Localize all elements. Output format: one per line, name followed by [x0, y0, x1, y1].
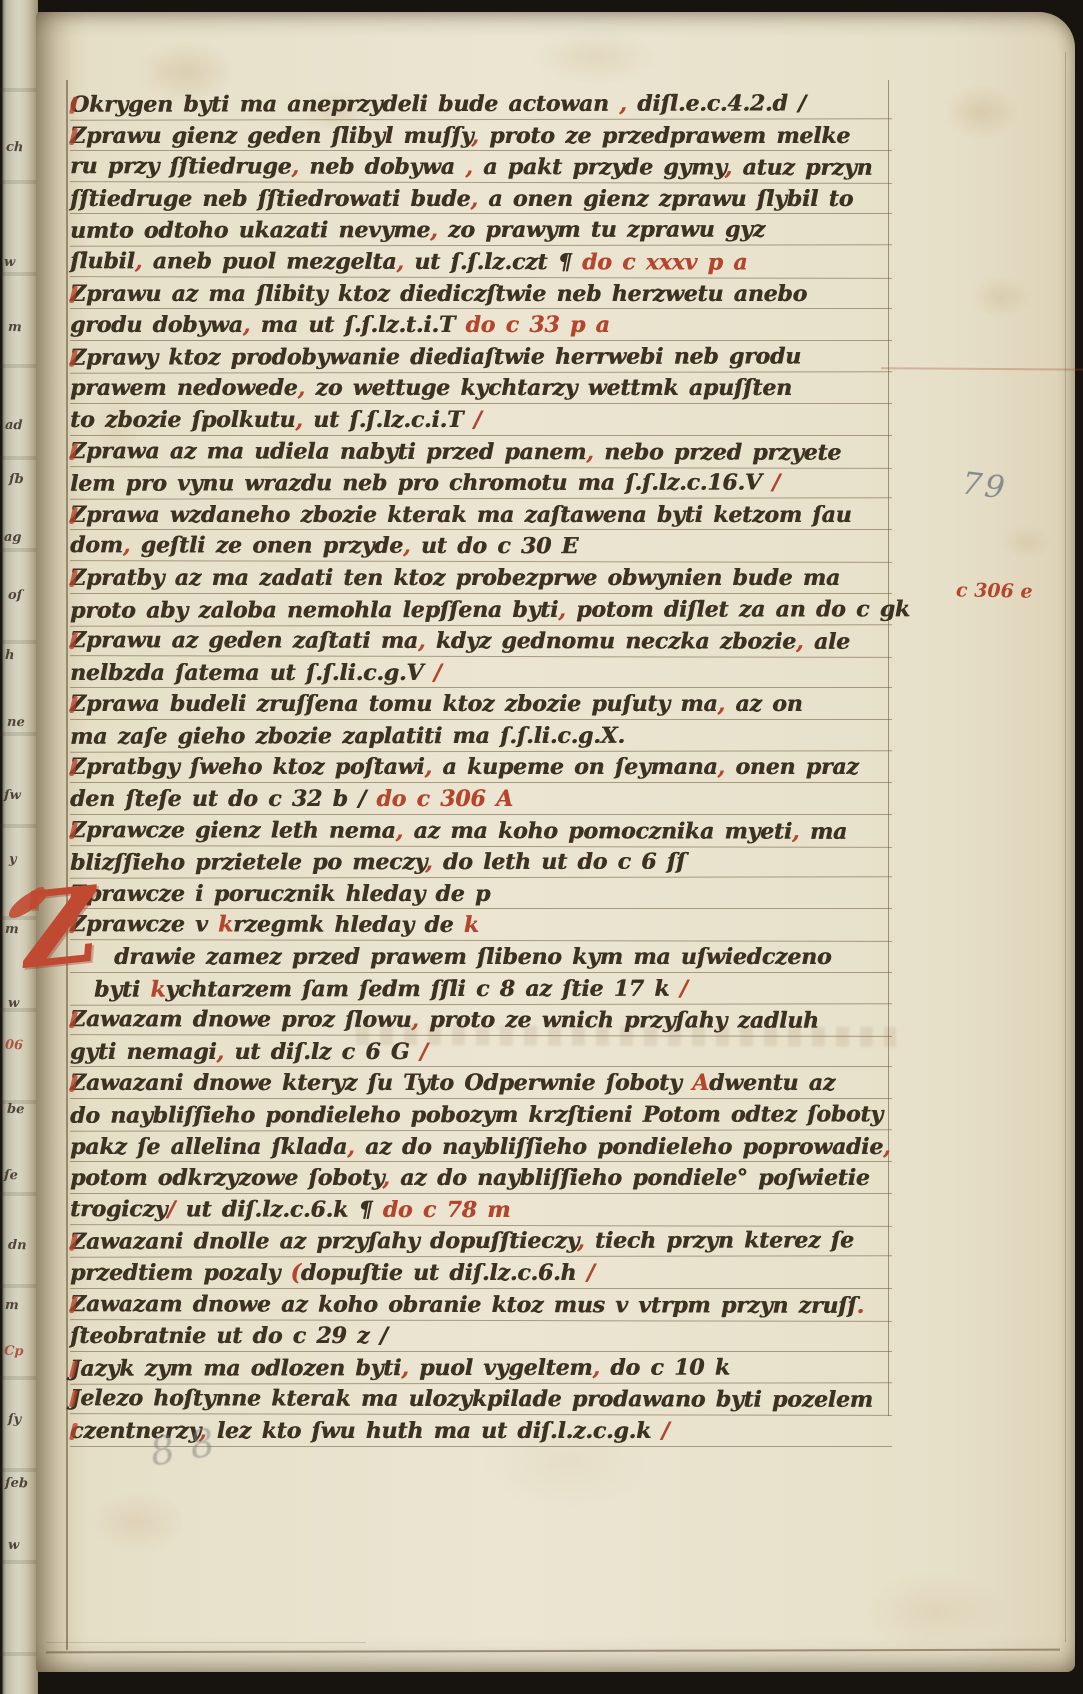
ink-text: zo wettuge kychtarzy wettmk apuſſten — [305, 375, 792, 401]
ink-text: trogiczy — [70, 1196, 167, 1222]
ink-text: Zprawy ktoz prodobywanie diediaſtwie her… — [70, 343, 801, 370]
rubric-text: / — [420, 1039, 428, 1065]
manuscript-line: Jazyk zym ma odlozen byti, puol vygeltem… — [70, 1351, 892, 1384]
manuscript-line: Zprawa wzdaneho zbozie kterak ma zaſtawe… — [70, 499, 892, 531]
ink-text: ma — [799, 818, 847, 844]
ink-text: ut do c 30 E — [410, 533, 578, 559]
ink-text: onen praz — [725, 754, 859, 780]
ink-text: dwentu az — [709, 1070, 835, 1096]
book-gutter-edge: chwmadſbagoſhneſwymw06beſednmCpſyſebw — [0, 0, 38, 1694]
manuscript-line: Okrygen byti ma aneprzydeli bude actowan… — [70, 87, 892, 120]
ink-text: tiech przyn kterez ſe — [584, 1228, 853, 1254]
ink-text: Zawazani dnowe kteryz ſu Tyto Odperwnie … — [70, 1070, 692, 1096]
ink-text: az on — [725, 691, 803, 717]
rubric-text: , — [411, 1007, 419, 1033]
manuscript-line: drawie zamez przed prawem ſlibeno kym ma… — [70, 941, 892, 973]
ink-text: ut diſ.lz.c.6.k ¶ — [175, 1196, 383, 1222]
manuscript-line: Zprawu az geden zaſtati ma, kdyz gednomu… — [70, 624, 892, 657]
ink-text: lem pro vynu wrazdu neb pro chromotu ma … — [70, 470, 772, 497]
ink-text: ſteobratnie ut do c 29 z / — [70, 1323, 388, 1349]
ink-text: Zawazam dnowe proz ſlowu — [70, 1006, 411, 1033]
ink-text: proto aby zaloba nemohla lepſſena byti — [70, 596, 558, 623]
ink-text: ut ſ.ſ.lz.c.i.T — [303, 407, 474, 433]
rubric-text: , — [382, 1165, 389, 1191]
leaf-edge-fragment: 06 — [5, 1038, 24, 1054]
ink-text: proto ze przedprawem melke — [479, 123, 850, 149]
ink-text: pakz ſe allelina ſklada — [70, 1134, 347, 1160]
leaf-edge-fragment: ſw — [4, 788, 21, 804]
leaf-edge-fragment: y — [9, 852, 17, 867]
rubric-text: , — [558, 596, 566, 622]
ink-text: Zprawu az geden zaſtati ma — [70, 627, 418, 654]
manuscript-line: byti kychtarzem ſam ſedm ſſli c 8 az ſti… — [70, 972, 892, 1005]
rubric-text: / — [167, 1196, 175, 1222]
leaf-edge-fragment: w — [8, 996, 20, 1011]
ink-text: Zawazani dnolle az przyſahy dopuſſtieczy — [70, 1228, 577, 1255]
rubric-text: , — [401, 1355, 409, 1381]
leaf-edge-fragment: m — [5, 1298, 19, 1313]
leaf-edge-fragment: ag — [4, 530, 22, 546]
rubric-text: , — [465, 154, 473, 180]
ink-text: ale — [803, 629, 850, 655]
manuscript-line: potom odkrzyzowe ſoboty, az do naybliſſi… — [70, 1162, 892, 1194]
leaf-edge-fragment: m — [5, 922, 19, 937]
rubric-text: , — [470, 186, 477, 212]
ink-text: Zpratby az ma zadati ten ktoz probezprwe… — [70, 565, 840, 591]
ink-text: lez kto ſwu huth ma ut diſ.l.z.c.g.k — [206, 1418, 661, 1444]
ink-text: ma zaſe gieho zbozie zaplatiti ma ſ.ſ.li… — [70, 723, 625, 750]
ink-text: Zpratbgy ſweho ktoz poſtawi — [70, 754, 424, 780]
manuscript-line: ſſtiedruge neb ſſtiedrowati bude, a onen… — [70, 183, 892, 215]
manuscript-line: Zprawcze gienz leth nema, az ma koho pom… — [70, 814, 892, 847]
text-block: Okrygen byti ma aneprzydeli bude actowan… — [70, 88, 892, 1447]
ink-text: geſtli ze onen przyde — [130, 533, 403, 560]
ink-text: ſlubil — [70, 248, 135, 274]
ink-text: Jelezo hoſtynne kterak ma ulozykpilade p… — [70, 1385, 873, 1413]
ink-text: Okrygen byti ma aneprzydeli bude actowan — [70, 91, 609, 118]
ink-text: ma ut ſ.ſ.lz.t.i.T — [250, 312, 465, 338]
rubric-text: , — [725, 155, 733, 181]
ink-text: drawie zamez przed prawem ſlibeno kym ma… — [114, 944, 831, 970]
ruling-line-bottom-faint — [46, 1642, 366, 1643]
ink-text: potom diſlet za an do c gk — [566, 596, 910, 623]
ink-text: blizſſieho przietele po meczy — [70, 849, 425, 876]
ink-text: zo prawym tu zprawu gyz — [437, 217, 764, 244]
manuscript-line: ru przy ſſtiedruge, neb dobywa , a pakt … — [70, 150, 892, 183]
ink-text: przedtiem pozaly — [70, 1260, 291, 1286]
ink-text: dopuſtie ut diſ.lz.c.6.h — [301, 1260, 587, 1286]
ink-text: diſl.e.c.4.2.d / — [637, 90, 806, 116]
rubric-text: , — [717, 754, 724, 780]
ink-text: atuz przyn — [732, 155, 872, 181]
manuscript-page: Okrygen byti ma aneprzydeli bude actowan… — [36, 12, 1075, 1672]
rubric-text: , — [396, 249, 404, 275]
manuscript-line: umto odtoho ukazati nevyme, zo prawym tu… — [70, 214, 892, 247]
ink-text: az do naybliſſieho pondieleho poprowadie — [355, 1134, 883, 1160]
manuscript-line: Zprawcze v krzegmk hleday de k — [70, 909, 892, 942]
leaf-edge-fragment: ſb — [9, 472, 24, 488]
rubric-text: , — [216, 1039, 223, 1065]
ink-text: nelbzda ſatema ut ſ.ſ.li.c.g.V — [70, 660, 434, 686]
manuscript-line: Zpratby az ma zadati ten ktoz probezprwe… — [70, 562, 892, 594]
leaf-edge-fragment: w — [4, 255, 16, 270]
ink-text: Zprawa budeli zruſſena tomu ktoz zbozie … — [70, 691, 717, 717]
rubric-text: do c 33 p a — [465, 312, 609, 338]
ink-text: Zprawa wzdaneho zbozie kterak ma zaſtawe… — [70, 502, 851, 528]
rubric-text: , — [291, 154, 299, 180]
leaf-edge-fragment: dn — [8, 1238, 27, 1254]
ink-text: Zprawcze gienz leth nema — [70, 817, 396, 844]
rubric-text: , — [396, 817, 404, 843]
manuscript-line: Zprawu gienz geden ſlibyl muſſy, proto z… — [70, 120, 892, 152]
ink-text: Zprawu az ma ſlibity ktoz diediczſtwie n… — [70, 281, 807, 307]
rubric-text: / — [772, 470, 780, 496]
ink-text: ru przy ſſtiedruge — [70, 153, 291, 179]
rubric-text: / — [680, 975, 688, 1001]
ink-text: Jazyk zym ma odlozen byti — [70, 1355, 401, 1382]
ink-text: kdyz gednomu neczka zbozie — [425, 628, 796, 655]
manuscript-line: Zprawa az ma udiela nabyti przed panem, … — [70, 435, 892, 468]
ink-text: dom — [70, 532, 123, 558]
ink-text: potom odkrzyzowe ſoboty — [70, 1165, 382, 1191]
manuscript-line: Zpratbgy ſweho ktoz poſtawi, a kupeme on… — [70, 751, 892, 783]
leaf-edge-fragment: w — [8, 1538, 20, 1553]
leaf-edge-fragment: ch — [6, 140, 24, 156]
rubric-text: , — [609, 91, 637, 117]
manuscript-line: Zprawa budeli zruſſena tomu ktoz zbozie … — [70, 688, 892, 720]
manuscript-photo: chwmadſbagoſhneſwymw06beſednmCpſyſebw Ok… — [0, 0, 1083, 1694]
rubric-text: k — [150, 976, 165, 1002]
manuscript-line: blizſſieho przietele po meczy, do leth u… — [70, 846, 892, 879]
ink-text: Zprawa az ma udiela nabyti przed panem — [70, 438, 586, 465]
rubric-text: / — [662, 1418, 670, 1444]
ink-text: to zbozie ſpolkutu — [70, 407, 295, 433]
ink-text: ut ſ.ſ.lz.czt ¶ — [404, 249, 582, 275]
ink-text: proto ze wnich przyſahy zadluh — [419, 1007, 819, 1034]
red-ink-scratch — [881, 367, 1083, 371]
rubric-text: k — [464, 912, 479, 938]
rubric-text: / — [434, 660, 442, 686]
leaf-edge-fragment: h — [5, 648, 15, 663]
manuscript-line: ma zaſe gieho zbozie zaplatiti ma ſ.ſ.li… — [70, 719, 892, 752]
ink-text: puol vygeltem — [409, 1355, 593, 1381]
leaf-edge-fragment: ne — [7, 715, 25, 731]
rubric-text: , — [347, 1134, 354, 1160]
leaf-edge-fragment: m — [8, 320, 22, 335]
ink-text: a onen gienz zprawu ſlybil to — [478, 186, 853, 212]
leaf-edge-fragment: Cp — [4, 1344, 24, 1360]
ink-text: ſſtiedruge neb ſſtiedrowati bude — [70, 186, 470, 212]
ink-text: do c 10 k — [600, 1354, 730, 1380]
rubric-text: do c 306 A — [376, 786, 512, 812]
rubric-text: , — [295, 407, 302, 433]
manuscript-line: Zprawcze i porucznik hleday de p — [70, 878, 892, 910]
manuscript-line: Zawazam dnowe az koho obranie ktoz mus v… — [70, 1288, 892, 1321]
manuscript-line: przedtiem pozaly (dopuſtie ut diſ.lz.c.6… — [70, 1257, 892, 1289]
ink-text: ychtarzem ſam ſedm ſſli c 8 az ſtie 17 k — [165, 975, 679, 1002]
ink-text: den ſteſe ut do c 32 b / — [70, 786, 376, 812]
ink-text: do naybliſſieho pondieleho pobozym krzſt… — [70, 1101, 883, 1128]
manuscript-line: Zprawu az ma ſlibity ktoz diediczſtwie n… — [70, 278, 892, 310]
ink-text: a pakt przyde gymy — [473, 154, 725, 181]
ink-text: gyti nemagi — [70, 1039, 216, 1065]
ink-text: nebo przed przyete — [594, 439, 842, 466]
margin-note: c 306 e — [956, 579, 1033, 602]
manuscript-line: Zawazani dnowe kteryz ſu Tyto Odperwnie … — [70, 1067, 892, 1099]
manuscript-line: Zawazam dnowe proz ſlowu, proto ze wnich… — [70, 1003, 892, 1036]
manuscript-line: to zbozie ſpolkutu, ut ſ.ſ.lz.c.i.T / — [70, 404, 892, 436]
ink-text: az do naybliſſieho pondiele° poſwietie — [390, 1165, 870, 1191]
rubric-text: , — [471, 123, 478, 149]
ink-text: prawem nedowede — [70, 375, 297, 401]
rubric-text: , — [592, 1355, 600, 1381]
rubric-text: , — [883, 1134, 890, 1160]
manuscript-line: pakz ſe allelina ſklada, az do naybliſſi… — [70, 1131, 892, 1163]
rubric-text: k — [218, 912, 233, 938]
ink-text: a kupeme on ſeymana — [432, 754, 717, 780]
manuscript-line: dom, geſtli ze onen przyde, ut do c 30 E — [70, 529, 892, 562]
ink-text: umto odtoho ukazati nevyme — [70, 217, 430, 244]
leaf-edge-fragment: ſeb — [5, 1476, 28, 1492]
rubric-text: ( — [291, 1260, 301, 1286]
manuscript-line: Zprawy ktoz prodobywanie diediaſtwie her… — [70, 340, 892, 373]
manuscript-line: nelbzda ſatema ut ſ.ſ.li.c.g.V / — [70, 657, 892, 689]
manuscript-line: Zawazani dnolle az przyſahy dopuſſtieczy… — [70, 1225, 892, 1258]
manuscript-line: prawem nedowede, zo wettuge kychtarzy we… — [70, 372, 892, 404]
rubric-text: , — [717, 691, 724, 717]
leaf-edge-fragment: ſy — [8, 1412, 22, 1427]
ruling-line-bottom — [46, 1649, 1060, 1654]
ink-text: ut diſ.lz c 6 G — [224, 1039, 420, 1065]
ink-text: neb dobywa — [299, 154, 465, 180]
rubric-text: do c xxxv p a — [582, 249, 747, 275]
ink-text: do leth ut do c 6 ſſ — [432, 849, 685, 875]
ink-text: aneb puol mezgelta — [142, 248, 396, 275]
manuscript-line: Jelezo hoſtynne kterak ma ulozykpilade p… — [70, 1382, 892, 1415]
manuscript-line: den ſteſe ut do c 32 b / do c 306 A — [70, 783, 892, 815]
leaf-edge-fragment: ſe — [4, 1168, 18, 1183]
rubric-text: , — [586, 439, 594, 465]
leaf-edge-fragment: ad — [5, 418, 23, 434]
ink-text: az ma koho pomocznika myeti — [403, 817, 792, 844]
ink-text: Zprawcze i porucznik hleday de p — [70, 881, 490, 907]
manuscript-line: lem pro vynu wrazdu neb pro chromotu ma … — [70, 466, 892, 499]
manuscript-line: gyti nemagi, ut diſ.lz c 6 G / — [70, 1036, 892, 1068]
rubric-text: / — [474, 407, 482, 433]
manuscript-line: trogiczy/ ut diſ.lz.c.6.k ¶ do c 78 m — [70, 1193, 892, 1226]
rubric-text: , — [297, 375, 304, 401]
rubric-text: / — [587, 1260, 595, 1286]
manuscript-line: grodu dobywa, ma ut ſ.ſ.lz.t.i.T do c 33… — [70, 309, 892, 341]
rubric-text: , — [430, 217, 438, 243]
illuminated-initial: Z — [18, 882, 102, 973]
leaf-edge-fragment: oſ — [8, 588, 23, 603]
ink-text: rzegmk hleday de — [233, 912, 464, 938]
manuscript-line: ſteobratnie ut do c 29 z / — [70, 1320, 892, 1352]
rubric-text: , — [424, 754, 431, 780]
folio-number: 79 — [960, 465, 1010, 506]
rubric-text: do c 78 m — [383, 1197, 511, 1223]
leaf-edge-fragment: be — [7, 1102, 25, 1118]
rubric-text: A — [692, 1070, 709, 1096]
ruling-line-margin — [1065, 52, 1066, 1642]
manuscript-line: proto aby zaloba nemohla lepſſena byti, … — [70, 593, 892, 626]
ink-text: grodu dobywa — [70, 312, 243, 338]
manuscript-line: ſlubil, aneb puol mezgelta, ut ſ.ſ.lz.cz… — [70, 245, 892, 278]
rubric-text: . — [857, 1292, 865, 1318]
manuscript-line: do naybliſſieho pondieleho pobozym krzſt… — [70, 1098, 892, 1131]
ink-text: Zprawu gienz geden ſlibyl muſſy — [70, 123, 471, 149]
ink-text: Zawazam dnowe az koho obranie ktoz mus v… — [70, 1291, 857, 1319]
